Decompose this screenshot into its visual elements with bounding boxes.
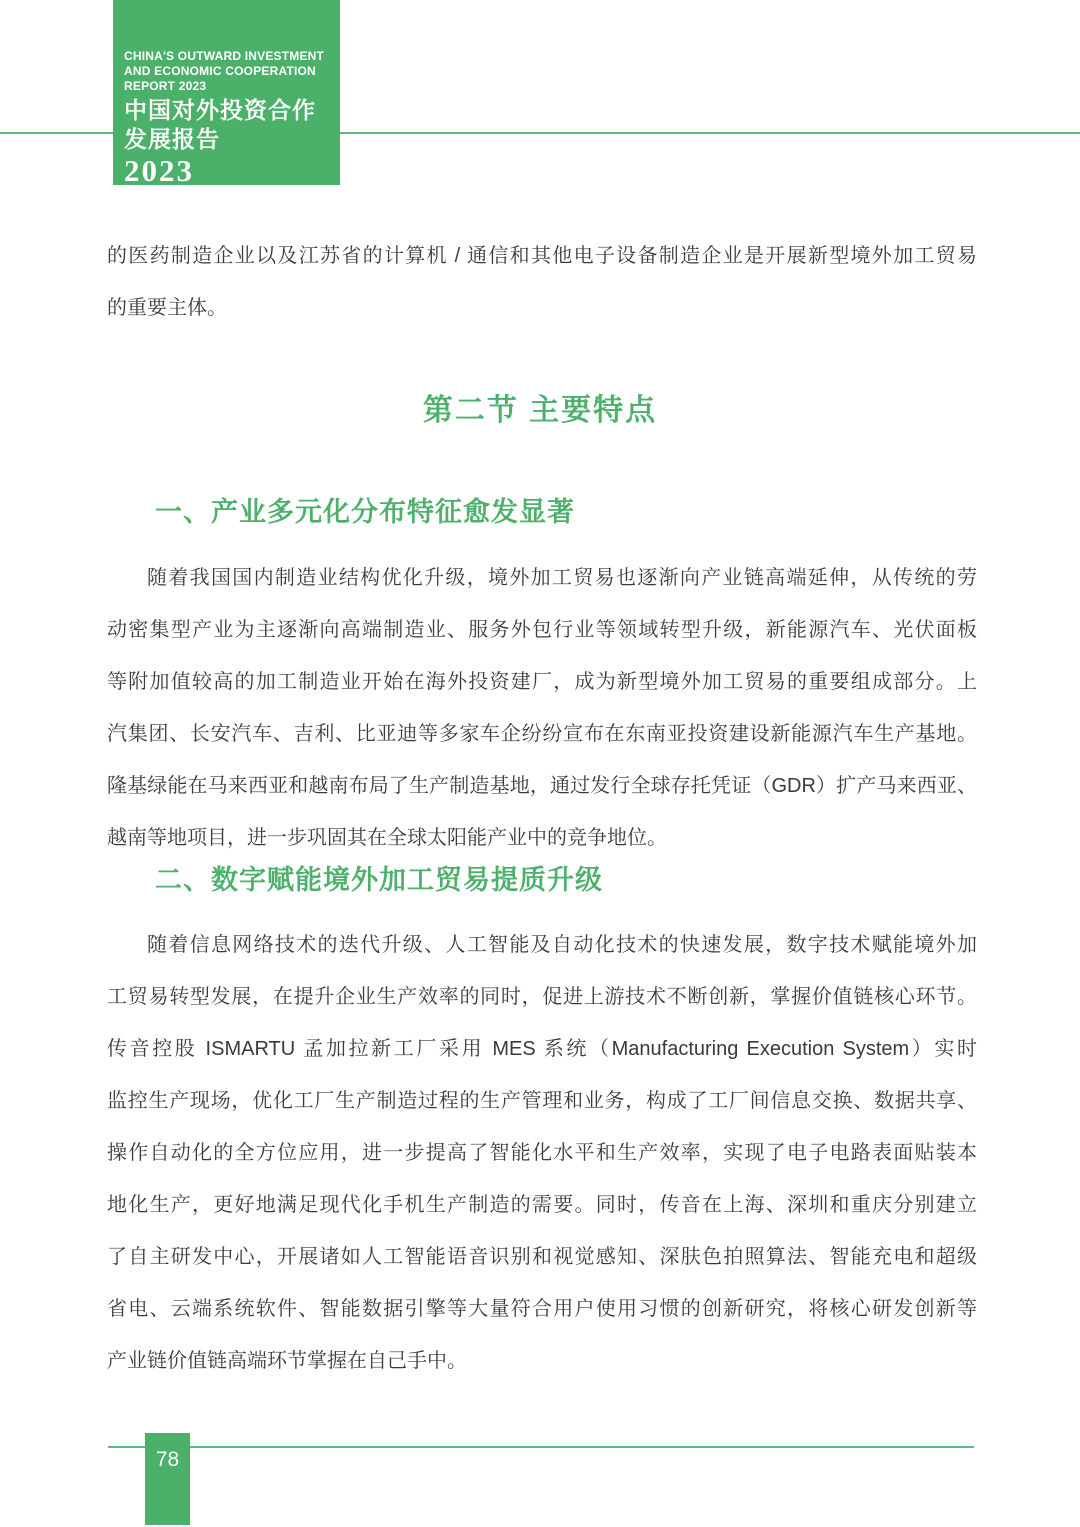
text-line: 的重要主体。 <box>107 282 977 334</box>
text-line: 越南等地项目，进一步巩固其在全球太阳能产业中的竞争地位。 <box>107 812 977 864</box>
text-line: 随着我国国内制造业结构优化升级，境外加工贸易也逐渐向产业链高端延伸，从传统的劳 <box>107 552 977 604</box>
report-title-en-line: AND ECONOMIC COOPERATION <box>124 64 332 79</box>
text-line: 隆基绿能在马来西亚和越南布局了生产制造基地，通过发行全球存托凭证（GDR）扩产马… <box>107 760 977 812</box>
report-cover-badge: CHINA'S OUTWARD INVESTMENT AND ECONOMIC … <box>113 0 340 185</box>
footer-rule-line <box>108 1446 974 1448</box>
page-number-tab: 78 <box>145 1433 190 1525</box>
text-line: 地化生产，更好地满足现代化手机生产制造的需要。同时，传音在上海、深圳和重庆分别建… <box>107 1179 977 1231</box>
intro-paragraph: 的医药制造企业以及江苏省的计算机 / 通信和其他电子设备制造企业是开展新型境外加… <box>107 230 977 334</box>
section-title: 第二节 主要特点 <box>0 391 1080 431</box>
text-line: 了自主研发中心，开展诸如人工智能语音识别和视觉感知、深肤色拍照算法、智能充电和超… <box>107 1231 977 1283</box>
body-paragraph-2: 随着信息网络技术的迭代升级、人工智能及自动化技术的快速发展，数字技术赋能境外加工… <box>107 919 977 1387</box>
text-line: 等附加值较高的加工制造业开始在海外投资建厂，成为新型境外加工贸易的重要组成部分。… <box>107 656 977 708</box>
text-line: 汽集团、长安汽车、吉利、比亚迪等多家车企纷纷宣布在东南亚投资建设新能源汽车生产基… <box>107 708 977 760</box>
text-line: 传音控股 ISMARTU 孟加拉新工厂采用 MES 系统（Manufacturi… <box>107 1023 977 1075</box>
body-paragraph-1: 随着我国国内制造业结构优化升级，境外加工贸易也逐渐向产业链高端延伸，从传统的劳动… <box>107 552 977 864</box>
report-title-en-line: CHINA'S OUTWARD INVESTMENT <box>124 49 332 64</box>
text-line: 监控生产现场，优化工厂生产制造过程的生产管理和业务，构成了工厂间信息交换、数据共… <box>107 1075 977 1127</box>
report-page: CHINA'S OUTWARD INVESTMENT AND ECONOMIC … <box>0 0 1080 1527</box>
text-line: 操作自动化的全方位应用，进一步提高了智能化水平和生产效率，实现了电子电路表面贴装… <box>107 1127 977 1179</box>
page-number: 78 <box>156 1448 179 1471</box>
report-year: 2023 <box>124 154 332 187</box>
text-line: 随着信息网络技术的迭代升级、人工智能及自动化技术的快速发展，数字技术赋能境外加 <box>107 919 977 971</box>
text-line: 省电、云端系统软件、智能数据引擎等大量符合用户使用习惯的创新研究，将核心研发创新… <box>107 1283 977 1335</box>
subsection-heading-2: 二、数字赋能境外加工贸易提质升级 <box>107 862 977 898</box>
report-title-cn: 发展报告 <box>124 127 332 152</box>
subsection-heading-1: 一、产业多元化分布特征愈发显著 <box>107 494 977 530</box>
report-title-cn: 中国对外投资合作 <box>124 98 332 123</box>
text-line: 产业链价值链高端环节掌握在自己手中。 <box>107 1335 977 1387</box>
text-line: 工贸易转型发展，在提升企业生产效率的同时，促进上游技术不断创新，掌握价值链核心环… <box>107 971 977 1023</box>
report-title-en-line: REPORT 2023 <box>124 79 332 94</box>
text-line: 的医药制造企业以及江苏省的计算机 / 通信和其他电子设备制造企业是开展新型境外加… <box>107 230 977 282</box>
text-line: 动密集型产业为主逐渐向高端制造业、服务外包行业等领域转型升级，新能源汽车、光伏面… <box>107 604 977 656</box>
